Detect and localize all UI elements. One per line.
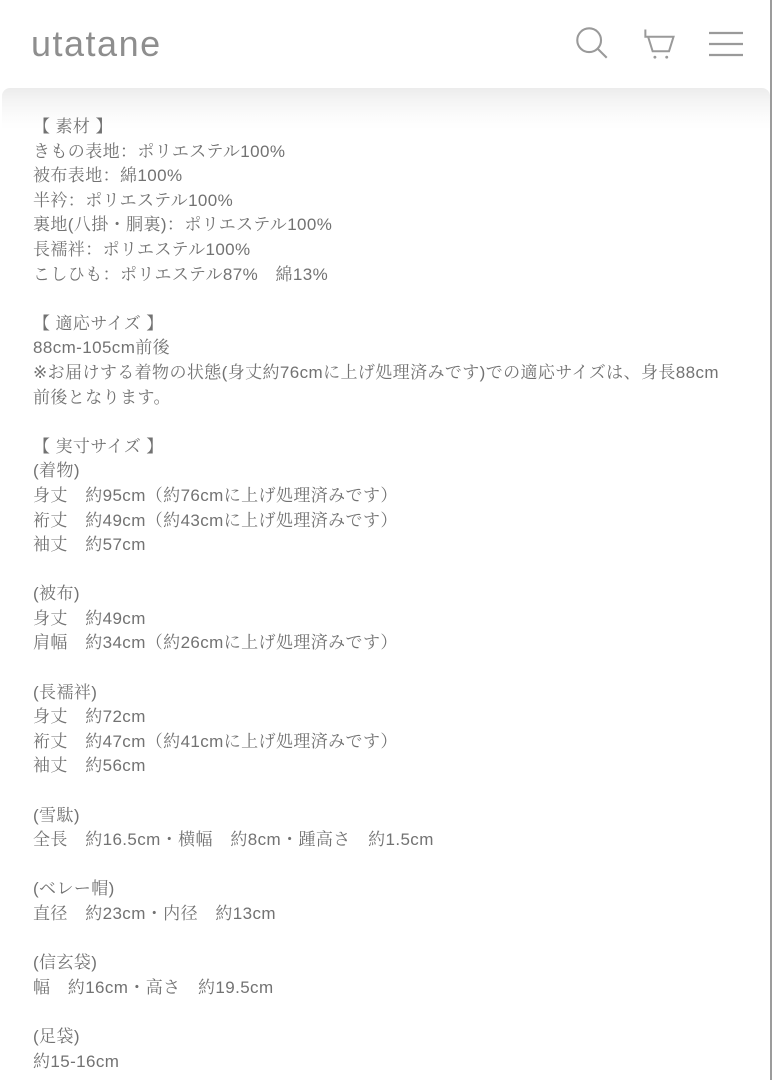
menu-button[interactable]: [706, 24, 746, 64]
header-icon-bar: [572, 24, 746, 64]
fit-size-heading: 【 適応サイズ 】: [33, 312, 740, 337]
size-group-nagajuban: (長襦袢) 身丈 約72cm 裄丈 約47cm（約41cmに上げ処理済みです） …: [33, 681, 740, 779]
size-line: 身丈 約49cm: [33, 607, 740, 632]
actual-size-heading: 【 実寸サイズ 】: [33, 435, 740, 460]
materials-heading: 【 素材 】: [33, 115, 740, 140]
fit-size-section: 【 適応サイズ 】 88cm-105cm前後 ※お届けする着物の状態(身丈約76…: [33, 312, 740, 410]
page-right-border: [770, 0, 772, 1080]
size-group-shingenbukuro: (信玄袋) 幅 約16cm・高さ 約19.5cm: [33, 951, 740, 1000]
brand-logo[interactable]: utatane: [31, 23, 162, 65]
size-line: 直径 約23cm・内径 約13cm: [33, 902, 740, 927]
material-line: 被布表地：綿100%: [33, 164, 740, 189]
size-line: 裄丈 約49cm（約43cmに上げ処理済みです）: [33, 509, 740, 534]
fit-size-note-line: 前後となります。: [33, 386, 740, 411]
product-description-card: 【 素材 】 きもの表地：ポリエステル100% 被布表地：綿100% 半衿：ポリ…: [2, 88, 770, 1080]
size-group-kimono: (着物) 身丈 約95cm（約76cmに上げ処理済みです） 裄丈 約49cm（約…: [33, 459, 740, 557]
header: utatane: [0, 0, 770, 88]
size-group-hifu: (被布) 身丈 約49cm 肩幅 約34cm（約26cmに上げ処理済みです）: [33, 582, 740, 656]
material-line: 半衿：ポリエステル100%: [33, 189, 740, 214]
search-button[interactable]: [572, 24, 612, 64]
size-group-setta: (雪駄) 全長 約16.5cm・横幅 約8cm・踵高さ 約1.5cm: [33, 804, 740, 853]
cart-icon: [639, 24, 679, 64]
size-group-label: (雪駄): [33, 804, 740, 829]
size-line: 肩幅 約34cm（約26cmに上げ処理済みです）: [33, 631, 740, 656]
menu-icon: [708, 28, 744, 60]
size-line: 袖丈 約56cm: [33, 754, 740, 779]
size-group-label: (着物): [33, 459, 740, 484]
size-group-label: (ベレー帽): [33, 877, 740, 902]
size-line: 全長 約16.5cm・横幅 約8cm・踵高さ 約1.5cm: [33, 828, 740, 853]
size-line: 約15-16cm: [33, 1050, 740, 1075]
size-group-label: (足袋): [33, 1025, 740, 1050]
actual-size-section: 【 実寸サイズ 】 (着物) 身丈 約95cm（約76cmに上げ処理済みです） …: [33, 435, 740, 1074]
size-line: 幅 約16cm・高さ 約19.5cm: [33, 976, 740, 1001]
search-icon: [573, 25, 611, 63]
material-line: 長襦袢：ポリエステル100%: [33, 238, 740, 263]
size-line: 袖丈 約57cm: [33, 533, 740, 558]
size-line: 身丈 約72cm: [33, 705, 740, 730]
material-line: 裏地(八掛・胴裏)：ポリエステル100%: [33, 213, 740, 238]
size-group-beret: (ベレー帽) 直径 約23cm・内径 約13cm: [33, 877, 740, 926]
material-line: きもの表地：ポリエステル100%: [33, 140, 740, 165]
fit-size-note-line: ※お届けする着物の状態(身丈約76cmに上げ処理済みです)での適応サイズは、身長…: [33, 361, 740, 386]
fit-size-line: 88cm-105cm前後: [33, 336, 740, 361]
materials-section: 【 素材 】 きもの表地：ポリエステル100% 被布表地：綿100% 半衿：ポリ…: [33, 115, 740, 287]
size-line: 裄丈 約47cm（約41cmに上げ処理済みです）: [33, 730, 740, 755]
cart-button[interactable]: [639, 24, 679, 64]
size-group-label: (長襦袢): [33, 681, 740, 706]
size-line: 身丈 約95cm（約76cmに上げ処理済みです）: [33, 484, 740, 509]
size-group-tabi: (足袋) 約15-16cm: [33, 1025, 740, 1074]
size-group-label: (被布): [33, 582, 740, 607]
material-line: こしひも：ポリエステル87% 綿13%: [33, 263, 740, 288]
size-group-label: (信玄袋): [33, 951, 740, 976]
